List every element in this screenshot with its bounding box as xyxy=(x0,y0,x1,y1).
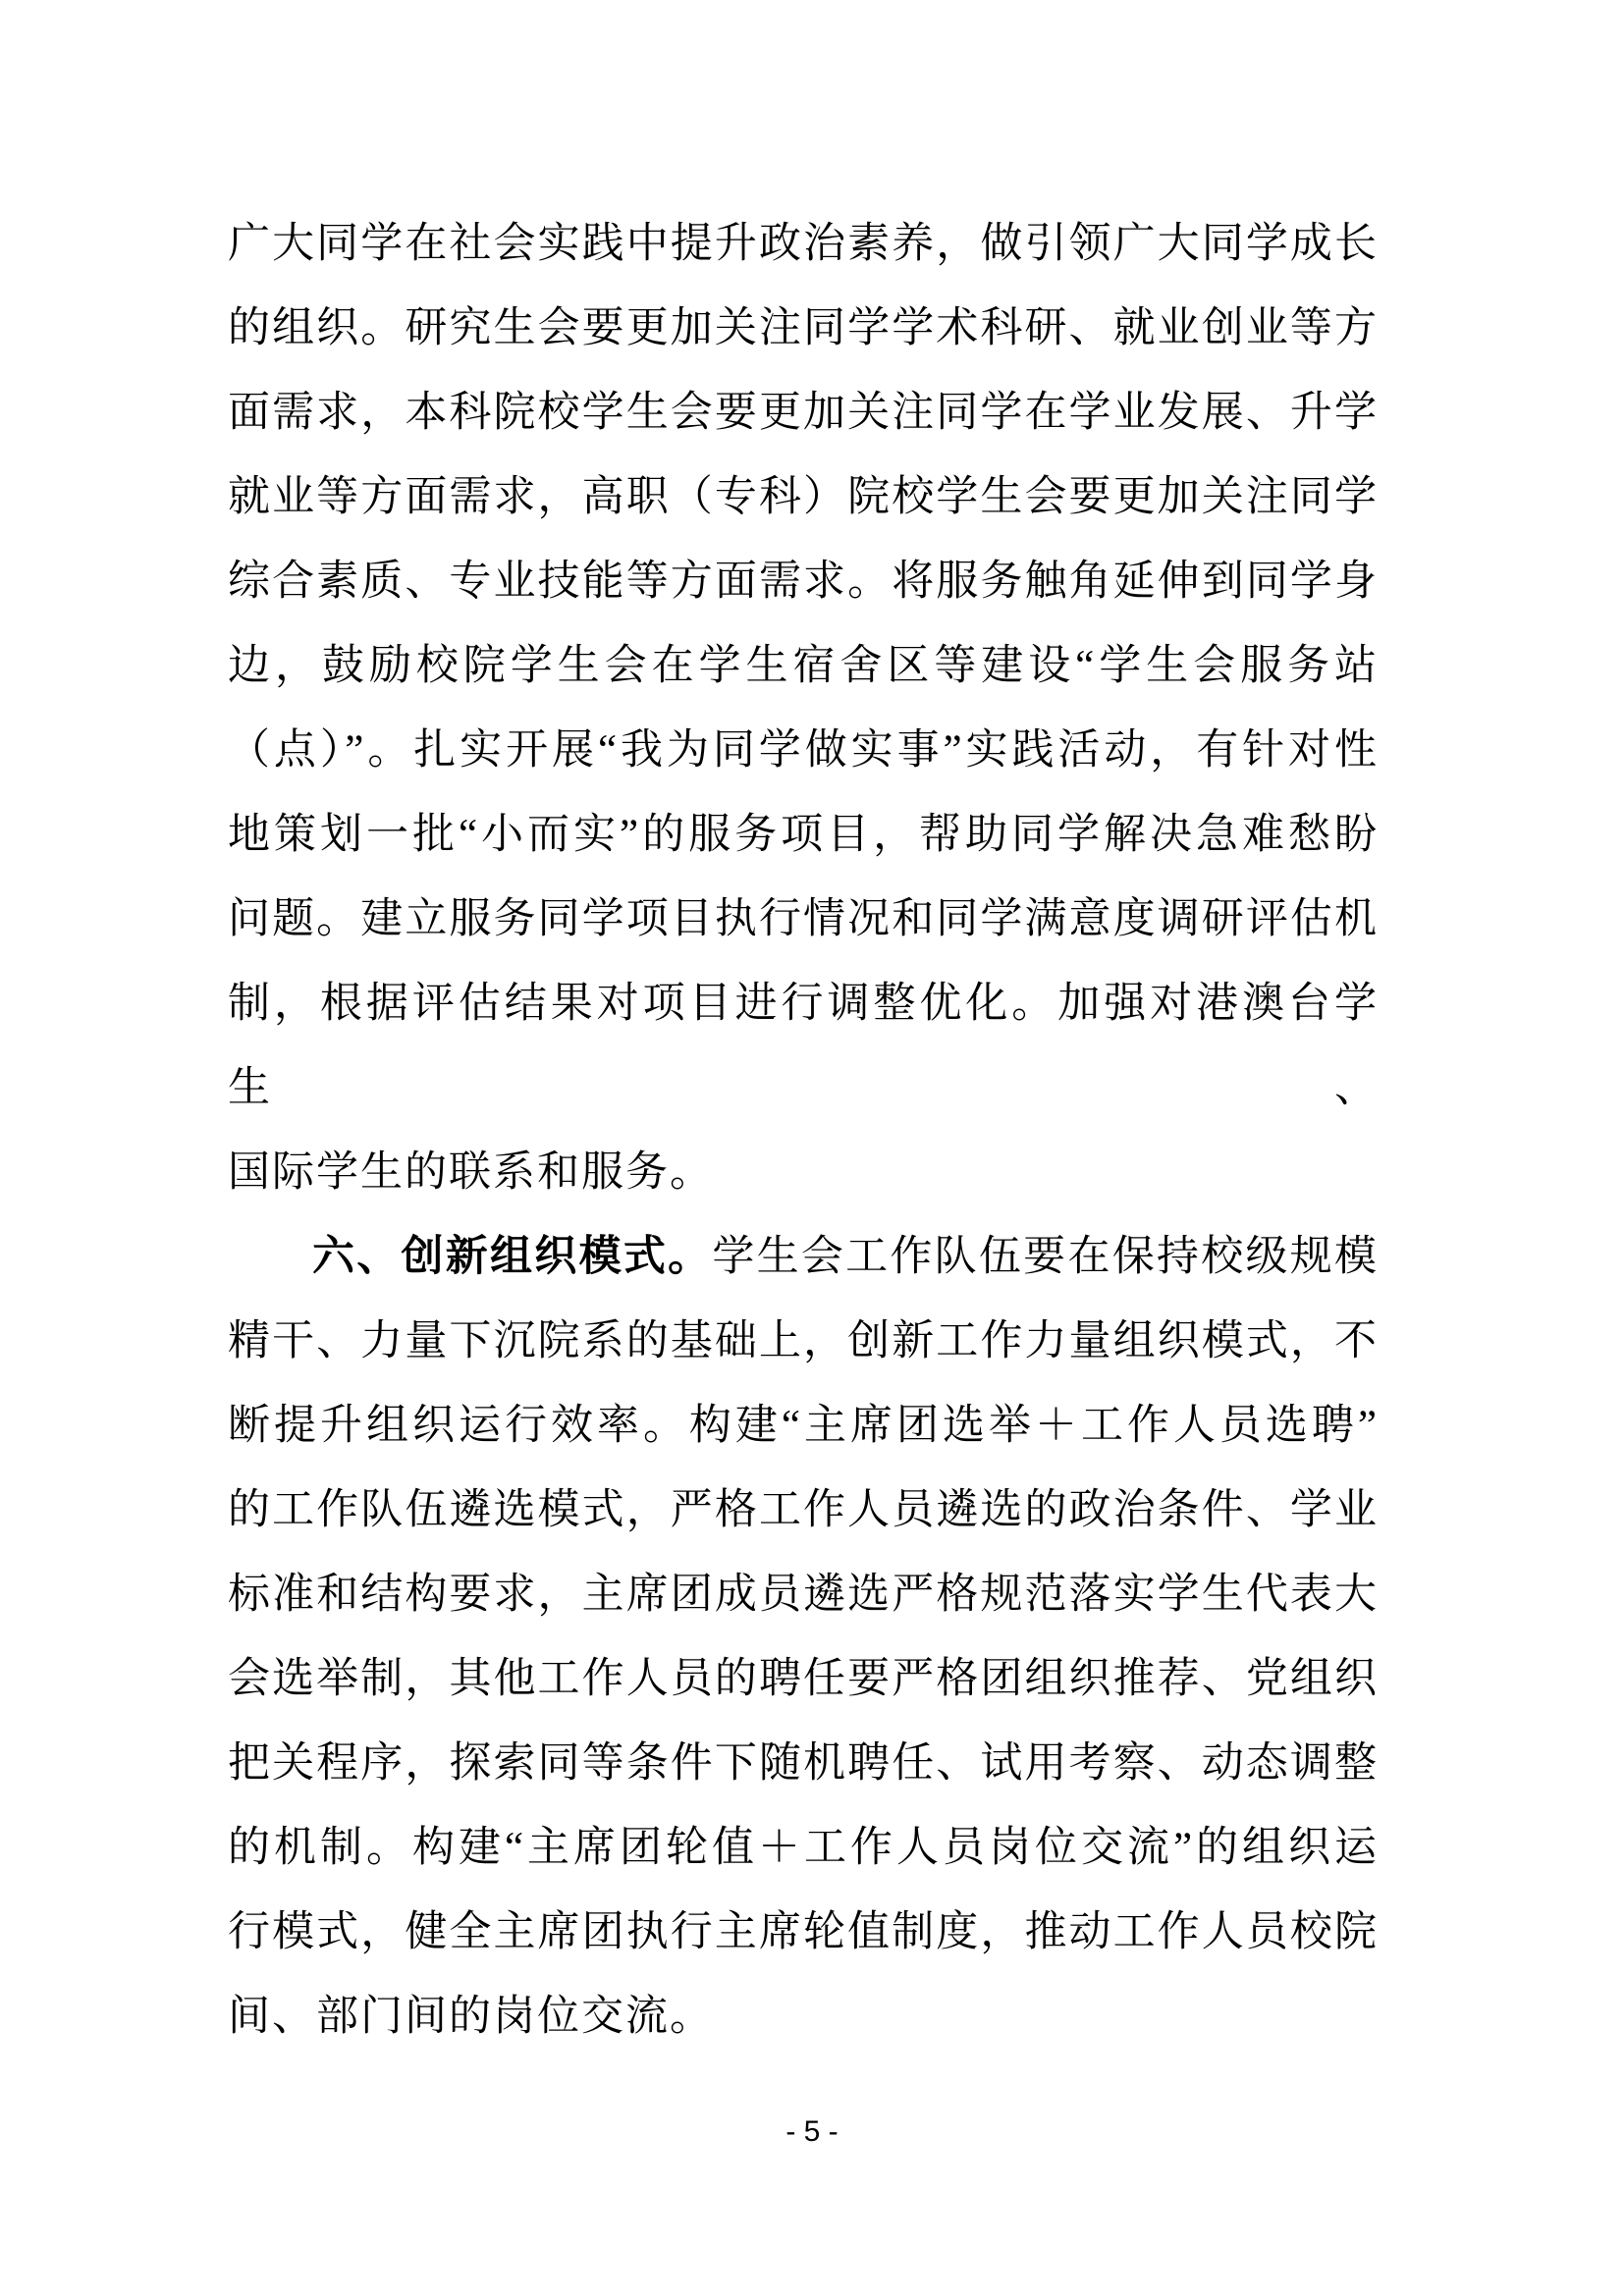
text-line: 国际学生的联系和服务。 xyxy=(228,1131,1379,1215)
document-page: 广大同学在社会实践中提升政治素养，做引领广大同学成长的组织。研究生会要更加关注同… xyxy=(0,0,1624,2296)
section-heading: 六、创新组织模式。 xyxy=(312,1234,712,1280)
text-line: 就业等方面需求，高职（专科）院校学生会要更加关注同学 xyxy=(228,455,1379,540)
text-line: 制，根据评估结果对项目进行调整优化。加强对港澳台学生、 xyxy=(228,962,1379,1131)
document-body: 广大同学在社会实践中提升政治素养，做引领广大同学成长的组织。研究生会要更加关注同… xyxy=(228,202,1379,2059)
text-line: 行模式，健全主席团执行主席轮值制度，推动工作人员校院 xyxy=(228,1891,1379,1975)
text-line: 会选举制，其他工作人员的聘任要严格团组织推荐、党组织 xyxy=(228,1637,1379,1722)
text-line: 问题。建立服务同学项目执行情况和同学满意度调研评估机 xyxy=(228,878,1379,962)
text-line: 六、创新组织模式。学生会工作队伍要在保持校级规模 xyxy=(228,1215,1379,1300)
text-line: 的组织。研究生会要更加关注同学学术科研、就业创业等方 xyxy=(228,287,1379,371)
text-line: 断提升组织运行效率。构建“主席团选举＋工作人员选聘” xyxy=(228,1384,1379,1468)
text-line: 综合素质、专业技能等方面需求。将服务触角延伸到同学身 xyxy=(228,540,1379,624)
text-line: 面需求，本科院校学生会要更加关注同学在学业发展、升学 xyxy=(228,371,1379,455)
text-line: 地策划一批“小而实”的服务项目，帮助同学解决急难愁盼 xyxy=(228,793,1379,878)
text-line: （点）”。扎实开展“我为同学做实事”实践活动，有针对性 xyxy=(228,709,1379,793)
text-line: 精干、力量下沉院系的基础上，创新工作力量组织模式，不 xyxy=(228,1300,1379,1384)
text-line: 间、部门间的岗位交流。 xyxy=(228,1975,1379,2059)
text-run: 学生会工作队伍要在保持校级规模 xyxy=(712,1234,1379,1280)
text-line: 的工作队伍遴选模式，严格工作人员遴选的政治条件、学业 xyxy=(228,1468,1379,1553)
text-line: 边，鼓励校院学生会在学生宿舍区等建设“学生会服务站 xyxy=(228,624,1379,709)
page-number: - 5 - xyxy=(0,2112,1624,2152)
text-line: 广大同学在社会实践中提升政治素养，做引领广大同学成长 xyxy=(228,202,1379,287)
text-line: 把关程序，探索同等条件下随机聘任、试用考察、动态调整 xyxy=(228,1722,1379,1806)
text-line: 的机制。构建“主席团轮值＋工作人员岗位交流”的组织运 xyxy=(228,1806,1379,1891)
text-line: 标准和结构要求，主席团成员遴选严格规范落实学生代表大 xyxy=(228,1553,1379,1637)
